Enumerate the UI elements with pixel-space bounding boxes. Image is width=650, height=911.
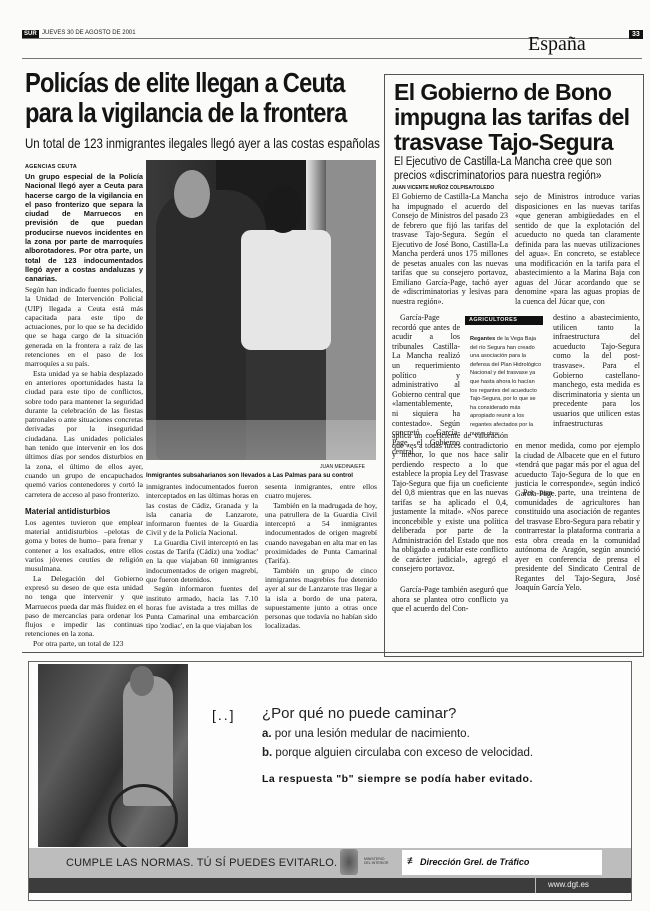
paragraph: inmigrantes indocumentados fueron interc…: [146, 482, 258, 538]
boxed-article-subhead: El Ejecutivo de Castilla-La Mancha cree …: [394, 155, 645, 183]
paragraph: Los agentes tuvieron que emplear materia…: [25, 518, 143, 574]
ad-brand-name: Dirección Grel. de Tráfico: [420, 857, 529, 867]
paragraph: sesenta inmigrantes, entre ellos cuatro …: [265, 482, 377, 501]
sidebar-text: de la Vega Baja del río Segura han cread…: [470, 336, 541, 437]
article-column-3: sesenta inmigrantes, entre ellos cuatro …: [265, 482, 377, 631]
article-photo: [146, 160, 376, 460]
page-divider: [22, 652, 642, 653]
ad-url-separator: [535, 878, 536, 893]
photo-wall: [326, 160, 376, 460]
sidebar-box-body: Regantes de la Vega Baja del río Segura …: [470, 335, 542, 438]
paragraph: La Guardia Civil interceptó en las costa…: [146, 538, 258, 584]
paragraph: La Delegación del Gobierno expresó su de…: [25, 574, 143, 639]
photo-caption: Inmigrantes subsaharianos son llevados a…: [146, 472, 353, 479]
ad-footer-dark-band: [29, 878, 631, 893]
ad-option-letter: a.: [262, 728, 272, 740]
ad-slogan: CUMPLE LAS NORMAS. TÚ SÍ PUEDES EVITARLO…: [66, 857, 337, 869]
paragraph: Según informaron fuentes del instituto a…: [146, 584, 258, 630]
page-number: 33: [629, 30, 643, 39]
ad-option-b: b. porque alguien circulaba con exceso d…: [262, 747, 533, 759]
paragraph: Según han indicado fuentes policiales, l…: [25, 285, 143, 369]
ad-question: ¿Por qué no puede caminar?: [262, 705, 456, 722]
boxed-column-2-narrow: destino a abastecimiento, utilicen tanto…: [553, 313, 640, 428]
sidebar-lead-word: Regantes: [470, 336, 495, 342]
ad-option-letter: b.: [262, 747, 272, 759]
ad-website-link[interactable]: www.dgt.es: [548, 880, 589, 889]
ad-photo-wheelchair-man: [38, 664, 188, 847]
article-column-1: Según han indicado fuentes policiales, l…: [25, 285, 143, 648]
paragraph: Esta unidad ya se había desplazado en an…: [25, 369, 143, 499]
ad-option-text: por una lesión medular de nacimiento.: [272, 728, 470, 740]
ad-ministry-label: MINISTERIO DEL INTERIOR: [364, 857, 390, 865]
paragraph: También en la madrugada de hoy, una patr…: [265, 501, 377, 566]
boxed-article-headline: El Gobierno de Bono impugna las tarifas …: [394, 80, 644, 155]
paper-logo-badge: SUR: [22, 30, 39, 38]
photo-officer-head: [174, 170, 210, 218]
dgt-logo-icon: ≢: [407, 856, 417, 867]
article-lead: Un grupo especial de la Policía Nacional…: [25, 172, 143, 284]
photo-man-head: [264, 185, 302, 233]
paragraph: También un grupo de cinco inmigrantes ma…: [265, 566, 377, 631]
wheelchair-icon: [108, 784, 178, 847]
header-bottom-rule: [22, 58, 642, 59]
ad-option-text: porque alguien circulaba con exceso de v…: [272, 747, 533, 759]
section-title: España: [528, 33, 586, 56]
ad-bracket-mark: [..]: [212, 707, 236, 723]
paragraph: Por otra parte, un total de 123: [25, 639, 143, 648]
boxed-column-2-top: sejo de Ministros introduce varias dispo…: [515, 192, 640, 306]
photo-credit: JUAN MEDINA/EFE: [320, 464, 365, 470]
boxed-column-1-bottom: aplica un coeficiente de valoración que …: [392, 431, 508, 574]
article-headline: Policías de elite llegan a Ceuta para la…: [25, 68, 378, 128]
ad-option-a: a. por una lesión medular de nacimiento.: [262, 728, 470, 740]
article-subtitle: Material antidisturbios: [25, 507, 143, 516]
ad-photo-head: [130, 666, 154, 696]
sidebar-box-label: AGRICULTORES: [465, 316, 543, 325]
coat-of-arms-icon: [340, 849, 358, 875]
ad-answer: La respuesta "b" siempre se podía haber …: [262, 773, 533, 785]
boxed-column-2-last: Por otra parte, una treintena de comunid…: [515, 488, 640, 593]
issue-date: JUEVES 30 DE AGOSTO DE 2001: [42, 30, 136, 36]
boxed-column-1-last: García-Page también aseguró que ahora se…: [392, 585, 508, 614]
article-subhead: Un total de 123 inmigrantes ilegales lle…: [25, 135, 380, 151]
boxed-article-byline: JUAN VICENTE MUÑOZ COLPISA/TOLEDO: [392, 185, 494, 191]
article-column-2: inmigrantes indocumentados fueron interc…: [146, 482, 258, 631]
boxed-column-1-top: El Gobierno de Castilla-La Mancha ha imp…: [392, 192, 508, 306]
photo-floor: [146, 420, 376, 460]
article-byline: AGENCIAS CEUTA: [25, 164, 77, 170]
photo-man-shirt: [241, 230, 331, 350]
